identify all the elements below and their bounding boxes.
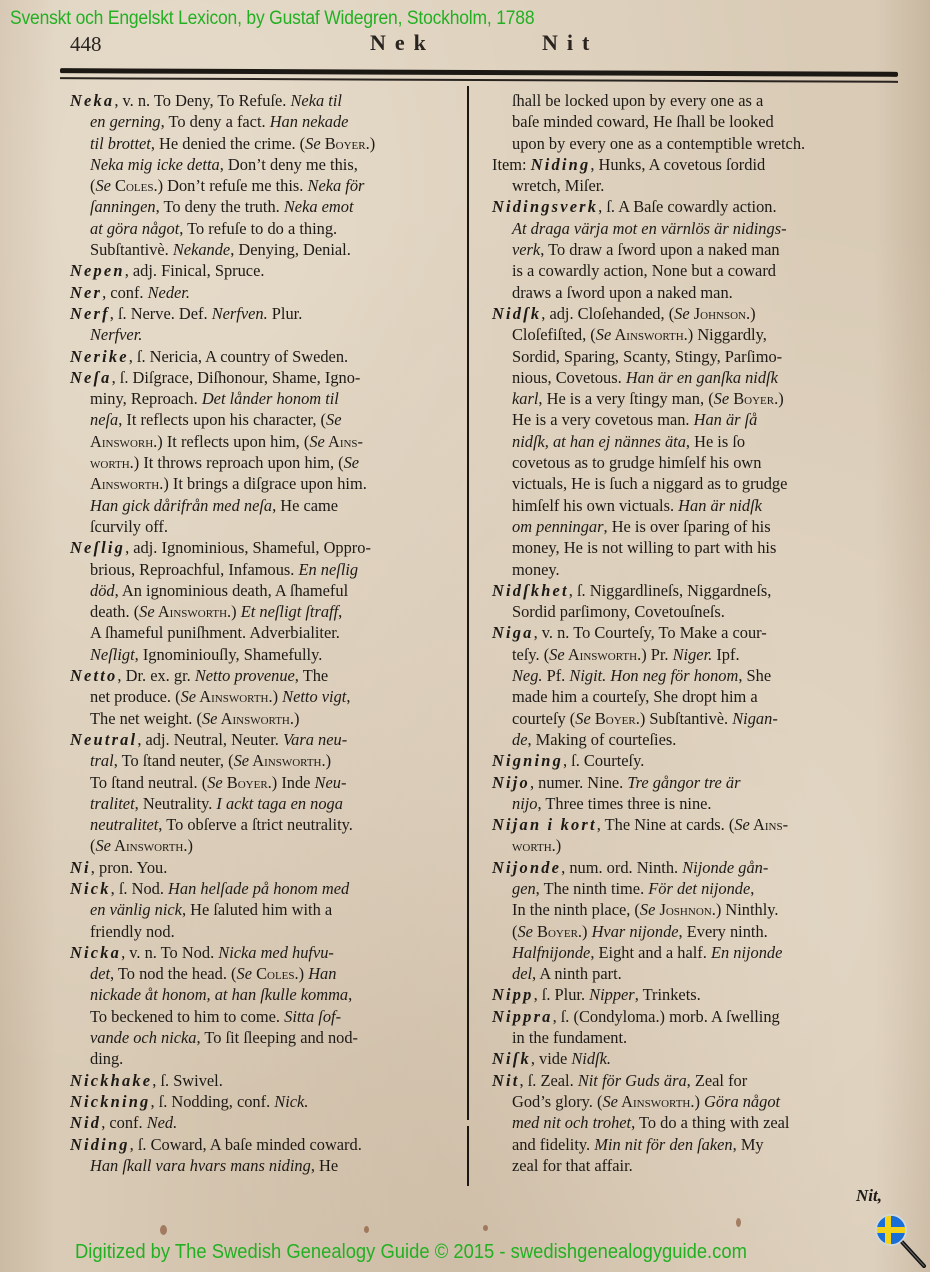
definition-text: teſy. ( — [512, 645, 549, 664]
swedish-example: neſa — [90, 410, 118, 429]
definition-text: , It reflects upon his character, ( — [118, 410, 326, 429]
entry-line: Ainsworth.) It brings a diſgrace upon hi… — [70, 473, 482, 494]
swedish-example: Nit för Guds ära — [578, 1071, 687, 1090]
entry-line: victuals, He is ſuch a niggard as to gru… — [492, 473, 902, 494]
swedish-example: nijo — [512, 794, 538, 813]
source-reference: Ainsworh. — [90, 432, 157, 451]
definition-text: , vide — [531, 1049, 572, 1068]
definition-text: ) It brings a diſgrace upon him. — [163, 474, 366, 493]
entry-line: upon by every one as a contemptible wret… — [492, 133, 902, 154]
definition-text: , To ſtand neuter, ( — [114, 751, 234, 770]
entry-line: money. — [492, 559, 902, 580]
entry-line: til brottet, He denied the crime. (Se Bo… — [70, 133, 482, 154]
swedish-example: gen — [512, 879, 536, 898]
entry-first-line: Nippra, ſ. (Condyloma.) morb. A ſwelling — [492, 1006, 902, 1027]
watermark-title: Svenskt och Engelskt Lexicon, by Gustaf … — [10, 8, 534, 30]
definition-text: ) — [750, 304, 755, 323]
headword: Niſk — [492, 1049, 531, 1068]
entry-line: del, A ninth part. — [492, 963, 902, 984]
swedish-example: Neder. — [148, 283, 190, 302]
swedish-example: Sitta ſof- — [284, 1007, 341, 1026]
entry-line: worth.) It throws reproach upon him, (Se — [70, 452, 482, 473]
swedish-example: Neg. — [512, 666, 543, 685]
headword: Neka — [70, 91, 114, 110]
entry-first-line: Neutral, adj. Neutral, Neuter. Vara neu- — [70, 729, 482, 750]
entry-first-line: Nerike, ſ. Nericia, A country of Sweden. — [70, 346, 482, 367]
definition-text: money. — [512, 560, 560, 579]
definition-text: ) — [294, 709, 299, 728]
headword: Niding — [531, 155, 591, 174]
definition-text: ) — [778, 389, 783, 408]
swedish-example: Se — [95, 836, 110, 855]
swedish-example: Se — [139, 602, 154, 621]
definition-text: , adj. Cloſehanded, ( — [541, 304, 674, 323]
definition-text: , He — [311, 1156, 338, 1175]
definition-text: , Don’t deny me this, — [220, 155, 358, 174]
swedish-example: Neka emot — [284, 197, 354, 216]
definition-text: , Trinkets. — [635, 985, 701, 1004]
entry-line: Sordid parſimony, Covetouſneſs. — [492, 601, 902, 622]
headword: Nippra — [492, 1007, 553, 1026]
swedish-example: Se — [309, 432, 324, 451]
entry-first-line: Nidſk, adj. Cloſehanded, (Se Johnson.) — [492, 303, 902, 324]
entry-line: karl, He is a very ſtingy man, (Se Boyer… — [492, 388, 902, 409]
swedish-example: om penningar — [512, 517, 604, 536]
headword: Nijo — [492, 773, 530, 792]
entry-line: nickade åt honom, at han ſkulle komma, — [70, 984, 482, 1005]
entry-line: nijo, Three times three is nine. — [492, 793, 902, 814]
source-reference: Boyer. — [223, 773, 272, 792]
foxing-spot — [364, 1226, 369, 1233]
definition-text: , ſ. Nericia, A country of Sweden. — [129, 347, 348, 366]
definition-text: In the ninth place, ( — [512, 900, 640, 919]
swedish-example: I ackt taga en noga — [216, 794, 343, 813]
definition-text: ) — [556, 836, 561, 855]
entry-line: Neka mig icke detta, Don’t deny me this, — [70, 154, 482, 175]
headword: Nidſk — [492, 304, 541, 323]
entry-line: covetous as to grudge himſelf his own — [492, 452, 902, 473]
definition-text: , He ſaluted him with a — [182, 900, 332, 919]
entry-first-line: Neſlig, adj. Ignominious, Shameful, Oppr… — [70, 537, 482, 558]
source-reference: Ainsworth. — [196, 687, 273, 706]
definition-text: , num. ord. Ninth. — [561, 858, 682, 877]
swedish-example: Nerfver. — [90, 325, 142, 344]
definition-text: , Eight and a half. — [590, 943, 711, 962]
swedish-example: Se — [575, 709, 590, 728]
definition-text: ) — [273, 687, 283, 706]
entry-first-line: Nijonde, num. ord. Ninth. Nijonde gån- — [492, 857, 902, 878]
entry-line: To ſtand neutral. (Se Boyer.) Inde Neu- — [70, 772, 482, 793]
swedish-example: En neſlig — [298, 560, 358, 579]
definition-text: Cloſefiſted, ( — [512, 325, 596, 344]
swedish-example: Se — [674, 304, 689, 323]
definition-text: nious, Covetous. — [512, 368, 626, 387]
swedish-example: Se — [207, 773, 222, 792]
definition-text: ) — [231, 602, 241, 621]
swedish-example: Netto provenue — [195, 666, 295, 685]
definition-text: , The — [295, 666, 328, 685]
swedish-example: del — [512, 964, 532, 983]
swedish-example: vande och nicka — [90, 1028, 197, 1047]
swedish-example: Neſligt — [90, 645, 135, 664]
entry-line: himſelf his own victuals. Han är nidſk — [492, 495, 902, 516]
entry-first-line: Nigning, ſ. Courteſy. — [492, 750, 902, 771]
headword: Nickhake — [70, 1071, 152, 1090]
swedish-example: at göra något — [90, 219, 179, 238]
source-reference: Boyer. — [321, 134, 370, 153]
foxing-spot — [160, 1225, 167, 1235]
definition-text: brious, Reproachful, Infamous. — [90, 560, 298, 579]
definition-text: , A ninth part. — [532, 964, 622, 983]
headword: Niga — [492, 623, 534, 642]
entry-first-line: Nid, conf. Ned. — [70, 1112, 482, 1133]
entry-line: med nit och trohet, To do a thing with z… — [492, 1112, 902, 1133]
definition-text: , He denied the crime. ( — [151, 134, 305, 153]
swedish-example: karl — [512, 389, 538, 408]
swedish-example: Se — [596, 325, 611, 344]
foxing-spot — [483, 1225, 488, 1231]
definition-text: , The ninth time. — [536, 879, 649, 898]
entry-line: In the ninth place, (Se Joshnon.) Ninthl… — [492, 899, 902, 920]
definition-text: ) Pr. — [641, 645, 672, 664]
headword: Nid — [70, 1113, 101, 1132]
definition-text: Item: — [492, 155, 531, 174]
swedish-example: ſanningen — [90, 197, 156, 216]
definition-text: baſe minded coward, He ſhall be looked — [512, 112, 774, 131]
definition-text: made him a courteſy, She dropt him a — [512, 687, 758, 706]
swedish-example: Tre gångor tre är — [627, 773, 740, 792]
entry-line: (Se Boyer.) Hvar nijonde, Every ninth. — [492, 921, 902, 942]
definition-text: ) — [582, 922, 592, 941]
definition-text: , adj. Ignominious, Shameful, Oppro- — [125, 538, 371, 557]
definition-text: , numer. Nine. — [530, 773, 627, 792]
swedish-example: Hon neg för honom — [610, 666, 738, 685]
source-reference: worth. — [512, 836, 556, 855]
headword: Nepen — [70, 261, 125, 280]
entry-line: The net weight. (Se Ainsworth.) — [70, 708, 482, 729]
entry-line: Han ſkall vara hvars mans niding, He — [70, 1155, 482, 1176]
definition-text: , ſ. A Baſe cowardly action. — [598, 197, 776, 216]
entry-line: God’s glory. (Se Ainsworth.) Göra något — [492, 1091, 902, 1112]
running-head-left: Nek — [370, 30, 435, 56]
headword: Nigning — [492, 751, 563, 770]
source-reference: Ains- — [750, 815, 788, 834]
entry-line: money, He is not willing to part with hi… — [492, 537, 902, 558]
headword: Nijonde — [492, 858, 561, 877]
swedish-example: Min nit för den ſaken — [594, 1135, 732, 1154]
entry-line: (Se Coles.) Don’t refuſe me this. Neka f… — [70, 175, 482, 196]
definition-text: , To deny the truth. — [156, 197, 284, 216]
running-head-right: Nit — [542, 30, 598, 56]
entry-line: at göra något, To refuſe to do a thing. — [70, 218, 482, 239]
swedish-example: död — [90, 581, 115, 600]
definition-text: ding. — [90, 1049, 123, 1068]
swedish-example: nickade åt honom, at han ſkulle komma — [90, 985, 348, 1004]
definition-text: upon by every one as a contemptible wret… — [512, 134, 805, 153]
definition-text: , Hunks, A covetous ſordid — [590, 155, 765, 174]
entry-first-line: Neka, v. n. To Deny, To Refuſe. Neka til — [70, 90, 482, 111]
swedish-example: Han — [308, 964, 336, 983]
entry-first-line: Nerf, ſ. Nerve. Def. Nerfven. Plur. — [70, 303, 482, 324]
entry-line: At draga värja mot en värnlös är nidings… — [492, 218, 902, 239]
source-reference: Ainsworth. — [90, 474, 163, 493]
source-reference: Ainsworth. — [249, 751, 326, 770]
definition-text: , Dr. ex. gr. — [117, 666, 194, 685]
definition-text: , v. n. To Deny, To Refuſe. — [114, 91, 290, 110]
entry-line: courteſy (Se Boyer.) Subſtantivè. Nigan- — [492, 708, 902, 729]
definition-text: ) — [694, 1092, 704, 1111]
definition-text: in the fundament. — [512, 1028, 627, 1047]
swedish-example: Se — [305, 134, 320, 153]
definition-text: He is a very covetous man. — [512, 410, 694, 429]
page-number: 448 — [70, 32, 102, 57]
headword: Nerike — [70, 347, 129, 366]
definition-text: ) — [299, 964, 309, 983]
definition-text: , — [348, 985, 352, 1004]
definition-text: covetous as to grudge himſelf his own — [512, 453, 761, 472]
swedish-example: Nipper — [589, 985, 635, 1004]
definition-text: and fidelity. — [512, 1135, 594, 1154]
definition-text: ) Subſtantivè. — [640, 709, 732, 728]
entry-line: Subſtantivè. Nekande, Denying, Denial. — [70, 239, 482, 260]
definition-text: wretch, Miſer. — [512, 176, 604, 195]
swedish-example: det — [90, 964, 110, 983]
definition-text: , ſ. (Condyloma.) morb. A ſwelling — [553, 1007, 780, 1026]
source-reference: Ainsworth. — [611, 325, 688, 344]
swedish-example: tral — [90, 751, 114, 770]
swedish-example: Han är en ganſka nidſk — [626, 368, 778, 387]
entry-line: gen, The ninth time. För det nijonde, — [492, 878, 902, 899]
definition-text: ) — [326, 751, 331, 770]
definition-text: , pron. You. — [91, 858, 168, 877]
swedish-example: Vara neu- — [283, 730, 347, 749]
entry-first-line: Nidſkhet, ſ. Niggardlineſs, Niggardneſs, — [492, 580, 902, 601]
entry-line: He is a very covetous man. Han är ſå — [492, 409, 902, 430]
source-reference: Johnson. — [690, 304, 750, 323]
definition-text: ) — [187, 836, 192, 855]
swedish-example: Se — [549, 645, 564, 664]
entry-line: neſa, It reflects upon his character, (S… — [70, 409, 482, 430]
source-reference: Boyer. — [591, 709, 640, 728]
entry-first-line: Ni, pron. You. — [70, 857, 482, 878]
definition-text: ) Inde — [272, 773, 315, 792]
definition-text: death. ( — [90, 602, 139, 621]
entry-line: zeal for that affair. — [492, 1155, 902, 1176]
entry-first-line: Niſk, vide Nidſk. — [492, 1048, 902, 1069]
entry-line: tral, To ſtand neuter, (Se Ainsworth.) — [70, 750, 482, 771]
definition-text: miny, Reproach. — [90, 389, 202, 408]
right-column: ſhall be locked upon by every one as aba… — [492, 90, 902, 1176]
definition-text: , adj. Neutral, Neuter. — [137, 730, 283, 749]
swedish-example: med nit och trohet — [512, 1113, 631, 1132]
foxing-spot — [736, 1218, 741, 1227]
entry-line: Cloſefiſted, (Se Ainsworth.) Niggardly, — [492, 324, 902, 345]
swedish-example: Han gick dårifrån med neſa — [90, 496, 272, 515]
headword: Nicka — [70, 943, 121, 962]
definition-text: , ſ. Diſgrace, Diſhonour, Shame, Igno- — [112, 368, 361, 387]
headword: Niding — [70, 1135, 130, 1154]
swedish-example: neutralitet — [90, 815, 158, 834]
swedish-example: Netto vigt — [282, 687, 346, 706]
entry-first-line: Nit, ſ. Zeal. Nit för Guds ära, Zeal for — [492, 1070, 902, 1091]
swedish-example: Neka för — [308, 176, 365, 195]
definition-text: , ſ. Zeal. — [520, 1071, 578, 1090]
entry-line: in the fundament. — [492, 1027, 902, 1048]
source-reference: Ainsworth. — [618, 1092, 695, 1111]
swedish-example: Han är nidſk — [678, 496, 762, 515]
definition-text: , conf. — [102, 283, 148, 302]
entry-first-line: Nepen, adj. Finical, Spruce. — [70, 260, 482, 281]
source-reference: Ains- — [325, 432, 363, 451]
definition-text: , Ignominiouſly, Shamefully. — [135, 645, 323, 664]
definition-text: , Making of courteſies. — [527, 730, 676, 749]
entry-line: teſy. (Se Ainsworth.) Pr. Niger. Ipf. — [492, 644, 902, 665]
definition-text: himſelf his own victuals. — [512, 496, 678, 515]
entry-line: (Se Ainsworth.) — [70, 835, 482, 856]
headword: Nick — [70, 879, 111, 898]
definition-text: , My — [733, 1135, 764, 1154]
swedish-example: Hvar nijonde — [592, 922, 679, 941]
source-reference: Boyer. — [729, 389, 778, 408]
definition-text: , To nod the head. ( — [110, 964, 236, 983]
definition-text: To ſtand neutral. ( — [90, 773, 207, 792]
swedish-example: Han är ſå — [694, 410, 758, 429]
definition-text: , ſ. Plur. — [534, 985, 590, 1004]
swedish-example: Se — [714, 389, 729, 408]
entry-line: ſanningen, To deny the truth. Neka emot — [70, 196, 482, 217]
definition-text: , ſ. Nod. — [111, 879, 168, 898]
entry-line: draws a ſword upon a naked man. — [492, 282, 902, 303]
definition-text: , — [346, 687, 350, 706]
swedish-example: Nidſk. — [571, 1049, 611, 1068]
swedish-example: Nigan- — [732, 709, 778, 728]
definition-text: net produce. ( — [90, 687, 181, 706]
entry-line: baſe minded coward, He ſhall be looked — [492, 111, 902, 132]
swedish-example: verk — [512, 240, 540, 259]
entry-first-line: Item: Niding, Hunks, A covetous ſordid — [492, 154, 902, 175]
swedish-example: Han nekade — [270, 112, 349, 131]
definition-text: Pf. — [543, 666, 570, 685]
headword: Ner — [70, 283, 102, 302]
swedish-example: til brottet — [90, 134, 151, 153]
entry-line: ding. — [70, 1048, 482, 1069]
swedish-example: Neka mig icke detta — [90, 155, 220, 174]
entry-line: wretch, Miſer. — [492, 175, 902, 196]
entry-line: ſhall be locked upon by every one as a — [492, 90, 902, 111]
source-reference: Ainsworth. — [565, 645, 642, 664]
entry-first-line: Nidingsverk, ſ. A Baſe cowardly action. — [492, 196, 902, 217]
definition-text: , Zeal for — [687, 1071, 748, 1090]
swedish-example: Nijonde gån- — [682, 858, 768, 877]
swedish-example: Nerfven. — [212, 304, 268, 323]
entry-first-line: Niding, ſ. Coward, A baſe minded coward. — [70, 1134, 482, 1155]
definition-text: , ſ. Coward, A baſe minded coward. — [130, 1135, 362, 1154]
definition-text: ) Niggardly, — [688, 325, 767, 344]
definition-text: draws a ſword upon a naked man. — [512, 283, 733, 302]
entry-line: Han gick dårifrån med neſa, He came — [70, 495, 482, 516]
definition-text: , conf. — [101, 1113, 147, 1132]
definition-text: , v. n. To Courteſy, To Make a cour- — [534, 623, 767, 642]
definition-text: , Three times three is nine. — [538, 794, 712, 813]
definition-text: zeal for that affair. — [512, 1156, 633, 1175]
entry-line: net produce. (Se Ainsworth.) Netto vigt, — [70, 686, 482, 707]
headword: Nit — [492, 1071, 520, 1090]
definition-text: God’s glory. ( — [512, 1092, 602, 1111]
swedish-example: nidſk, at han ej nännes äta — [512, 432, 686, 451]
swedish-example: Halfnijonde — [512, 943, 590, 962]
headword: Neutral — [70, 730, 137, 749]
definition-text: Plur. — [268, 304, 303, 323]
entry-line: om penningar, He is over ſparing of his — [492, 516, 902, 537]
entry-line: en vänlig nick, He ſaluted him with a — [70, 899, 482, 920]
source-reference: Boyer. — [533, 922, 582, 941]
definition-text: ) Don’t refuſe me this. — [158, 176, 308, 195]
definition-text: Sordid, Sparing, Scanty, Stingy, Parſimo… — [512, 347, 782, 366]
definition-text: , An ignominious death, A ſhameful — [115, 581, 349, 600]
definition-text: Subſtantivè. — [90, 240, 173, 259]
source-reference: Ainsworth. — [155, 602, 232, 621]
definition-text: , To ſit ſleeping and nod- — [197, 1028, 359, 1047]
definition-text: courteſy ( — [512, 709, 575, 728]
entry-line: brious, Reproachful, Infamous. En neſlig — [70, 559, 482, 580]
source-reference: Coles. — [111, 176, 158, 195]
headword: Nerf — [70, 304, 110, 323]
entry-line: is a cowardly action, None but a coward — [492, 260, 902, 281]
definition-text: , adj. Finical, Spruce. — [125, 261, 265, 280]
swedish-example: En nijonde — [711, 943, 782, 962]
definition-text: To beckened to him to come. — [90, 1007, 284, 1026]
definition-text: , He is ſo — [686, 432, 745, 451]
entry-first-line: Nick, ſ. Nod. Han helſade på honom med — [70, 878, 482, 899]
definition-text: The net weight. ( — [90, 709, 202, 728]
swedish-example: Et neſligt ſtraff — [241, 602, 338, 621]
entry-first-line: Ner, conf. Neder. — [70, 282, 482, 303]
source-reference: Ainsworth. — [217, 709, 294, 728]
entry-line: death. (Se Ainsworth.) Et neſligt ſtraff… — [70, 601, 482, 622]
entry-line: verk, To draw a ſword upon a naked man — [492, 239, 902, 260]
definition-text: , He came — [272, 496, 338, 515]
definition-text: , ſ. Niggardlineſs, Niggardneſs, — [569, 581, 772, 600]
headword: Nickning — [70, 1092, 150, 1111]
definition-text: money, He is not willing to part with hi… — [512, 538, 776, 557]
definition-text: , To draw a ſword upon a naked man — [540, 240, 779, 259]
entry-line: Ainsworh.) It reflects upon him, (Se Ain… — [70, 431, 482, 452]
definition-text: , ſ. Swivel. — [152, 1071, 223, 1090]
definition-text: ſhall be locked upon by every one as a — [512, 91, 763, 110]
headword: Netto — [70, 666, 117, 685]
swedish-example: Se — [602, 1092, 617, 1111]
swedish-example: Det lånder honom til — [202, 389, 339, 408]
entry-first-line: Nickning, ſ. Nodding, conf. Nick. — [70, 1091, 482, 1112]
entry-line: nious, Covetous. Han är en ganſka nidſk — [492, 367, 902, 388]
swedish-example: Göra något — [704, 1092, 780, 1111]
source-reference: Joshnon. — [655, 900, 715, 919]
definition-text: is a cowardly action, None but a coward — [512, 261, 776, 280]
entry-first-line: Niga, v. n. To Courteſy, To Make a cour- — [492, 622, 902, 643]
swedish-example: Han helſade på honom med — [168, 879, 349, 898]
entry-line: Sordid, Sparing, Scanty, Stingy, Parſimo… — [492, 346, 902, 367]
entry-line: neutralitet, To obſerve a ſtrict neutral… — [70, 814, 482, 835]
swedish-example: Se — [237, 964, 252, 983]
swedish-example: Se — [202, 709, 217, 728]
swedish-example: de — [512, 730, 527, 749]
entry-first-line: Nijo, numer. Nine. Tre gångor tre är — [492, 772, 902, 793]
definition-text: ) Ninthly. — [716, 900, 779, 919]
definition-text: , To obſerve a ſtrict neutrality. — [158, 815, 353, 834]
entry-first-line: Nickhake, ſ. Swivel. — [70, 1070, 482, 1091]
definition-text: , v. n. To Nod. — [121, 943, 218, 962]
definition-text: , ſ. Nerve. Def. — [110, 304, 212, 323]
